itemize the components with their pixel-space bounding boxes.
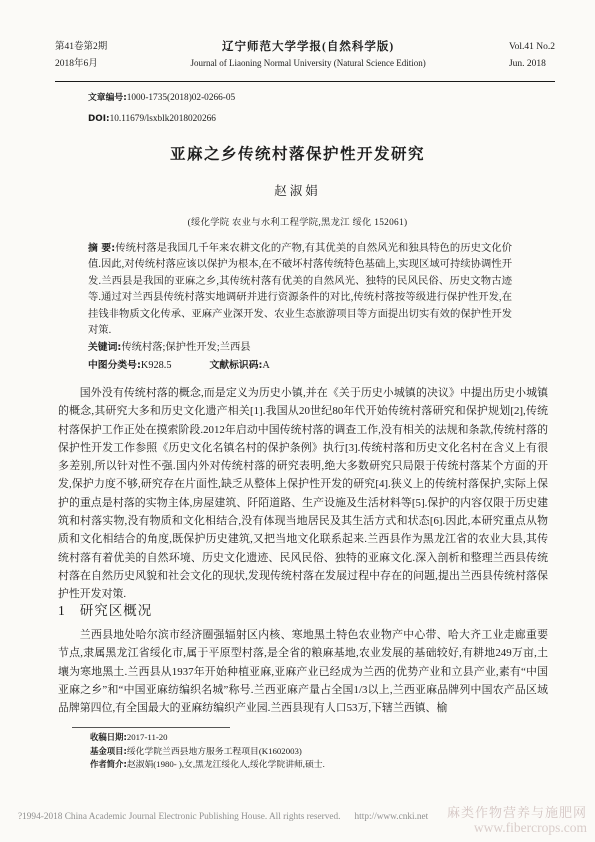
keywords-line: 关键词:传统村落;保护性开发;兰西县 (88, 340, 512, 356)
doi-line: DOI:10.11679/lsxblk2018020266 (88, 109, 235, 130)
doc-code-value: A (262, 360, 269, 371)
intro-paragraph: 国外没有传统村落的概念,而是定义为历史小镇,并在《关于历史小城镇的决议》中提出历… (58, 384, 548, 604)
paper-page: 第41卷第2期 2018年6月 辽宁师范大学学报(自然科学版) Journal … (0, 0, 595, 842)
received-date-line: 收稿日期:2017-11-20 (90, 731, 530, 745)
header-vol-block: Vol.41 No.2 Jun. 2018 (509, 39, 555, 73)
author-affiliation: (绥化学院 农业与水利工程学院,黑龙江 绥化 152061) (0, 214, 595, 228)
article-title: 亚麻之乡传统村落保护性开发研究 (0, 142, 595, 164)
abstract-paragraph: 摘 要:传统村落是我国几千年来农耕文化的产物,有其优美的自然风光和独具特色的历史… (88, 241, 512, 339)
classification-line: 中图分类号:K928.5文献标识码:A (88, 358, 512, 374)
fund-project-label: 基金项目: (90, 746, 127, 756)
header-issue-block: 第41卷第2期 2018年6月 (55, 39, 107, 73)
footnote-divider (72, 727, 230, 728)
volume-issue-cn: 第41卷第2期 (55, 39, 107, 56)
doi-label: DOI: (88, 114, 110, 124)
doi-value: 10.11679/lsxblk2018020266 (110, 114, 216, 124)
section1-title: 研究区概况 (80, 603, 153, 619)
author-bio-value: 赵淑娟(1980- ),女,黑龙江绥化人,绥化学院讲师,硕士. (127, 759, 325, 769)
keywords-text: 传统村落;保护性开发;兰西县 (121, 342, 250, 353)
section1-heading: 1研究区概况 (58, 599, 152, 619)
header-divider (55, 81, 555, 82)
section1-paragraph: 兰西县地处哈尔滨市经济圈强辐射区内核、寒地黑土特色农业物产中心带、哈大齐工业走廊… (58, 626, 548, 717)
footnotes-block: 收稿日期:2017-11-20 基金项目:绥化学院兰西县地方服务工程项目(K16… (90, 731, 530, 772)
clc-label: 中图分类号: (88, 360, 141, 371)
article-number-value: 1000-1735(2018)02-0266-05 (127, 93, 235, 103)
volume-issue-en: Vol.41 No.2 (509, 39, 555, 56)
author-name: 赵淑娟 (0, 181, 595, 199)
author-bio-label: 作者简介: (90, 759, 127, 769)
copyright-text: ?1994-2018 China Academic Journal Electr… (18, 812, 341, 822)
section1-number: 1 (58, 603, 66, 618)
journal-name-cn: 辽宁师范大学学报(自然科学版) (107, 39, 509, 55)
author-bio-line: 作者简介:赵淑娟(1980- ),女,黑龙江绥化人,绥化学院讲师,硕士. (90, 758, 530, 772)
doc-code-label: 文献标识码: (210, 360, 263, 371)
watermark-site-name: 麻类作物营养与施肥网 (447, 805, 587, 820)
abstract-label: 摘 要: (88, 243, 115, 254)
clc-value: K928.5 (141, 360, 172, 371)
fund-project-line: 基金项目:绥化学院兰西县地方服务工程项目(K1602003) (90, 745, 530, 759)
date-cn: 2018年6月 (55, 56, 107, 73)
journal-header: 第41卷第2期 2018年6月 辽宁师范大学学报(自然科学版) Journal … (55, 39, 555, 73)
date-en: Jun. 2018 (509, 56, 555, 73)
article-meta: 文章编号:1000-1735(2018)02-0266-05 DOI:10.11… (88, 88, 235, 130)
article-number-label: 文章编号: (88, 93, 127, 103)
received-date-value: 2017-11-20 (127, 732, 168, 742)
journal-name-block: 辽宁师范大学学报(自然科学版) Journal of Liaoning Norm… (107, 39, 509, 72)
journal-name-en: Journal of Liaoning Normal University (N… (107, 55, 509, 72)
fund-project-value: 绥化学院兰西县地方服务工程项目(K1602003) (127, 746, 302, 756)
keywords-label: 关键词: (88, 342, 121, 353)
abstract-block: 摘 要:传统村落是我国几千年来农耕文化的产物,有其优美的自然风光和独具特色的历史… (88, 241, 512, 374)
abstract-text: 传统村落是我国几千年来农耕文化的产物,有其优美的自然风光和独具特色的历史文化价值… (88, 243, 512, 336)
watermark-site-url: www.fibercrops.com (447, 820, 587, 835)
watermark: 麻类作物营养与施肥网 www.fibercrops.com (447, 805, 587, 835)
article-number-line: 文章编号:1000-1735(2018)02-0266-05 (88, 88, 235, 109)
received-date-label: 收稿日期: (90, 732, 127, 742)
cnki-url: http://www.cnki.net (355, 812, 429, 822)
